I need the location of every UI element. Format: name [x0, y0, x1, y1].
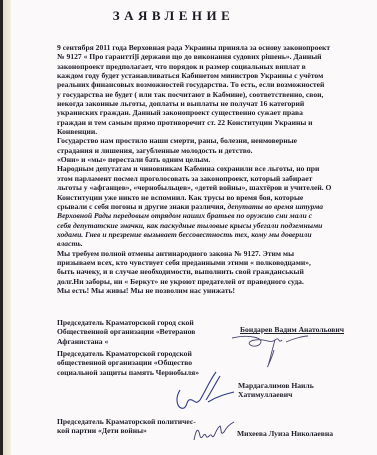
- body-line: этом парламент посмел проголосовать за з…: [57, 174, 367, 183]
- signature-2-name-line: Мардагалимов Наиль: [238, 381, 314, 390]
- document-page: ЗАЯВЛЕНИЕ 9 сентября 2011 года Верховная…: [0, 0, 377, 455]
- handwritten-signature-3-icon: [190, 418, 240, 448]
- body-line: 9 сентября 2011 года Верховная рада Укра…: [57, 43, 367, 52]
- signature-2-position-line: общественной организации «Общество: [57, 358, 199, 367]
- signature-1-position-line: Общественной организации «Ветеранов: [57, 327, 195, 336]
- body-line: власть.: [57, 239, 367, 248]
- body-line: у государства не будет ( или так посчита…: [57, 90, 367, 99]
- body-line: быть начеку, и в случае необходимости, в…: [57, 267, 367, 276]
- body-line: Верховной Рады передовым отрядом наших б…: [57, 211, 367, 220]
- body-line: каждом году будет устанавливаться Кабине…: [57, 71, 367, 80]
- body-line: себя депутатские значки, как паскудные т…: [57, 221, 367, 230]
- body-line-normal-part: срывали с себя погоны и другие знаки раз…: [57, 202, 227, 211]
- body-line: Конвенции.: [57, 127, 367, 136]
- signature-2-name: Мардагалимов Наиль Хатимуллаевич: [238, 381, 314, 400]
- body-line: № 9127 « Про гарантті]ї держави що до ви…: [57, 52, 367, 61]
- signature-1-position-line: Афганистана «: [57, 337, 195, 346]
- body-line: Государство нам простило наши смерти, ра…: [57, 136, 367, 145]
- body-line: ходами. Гнев и презрение вызывает бессов…: [57, 230, 367, 239]
- body-line: реальних финансовых возможностей государ…: [57, 80, 367, 89]
- body-line: льготы у «афганцев», «чернобыльцев», «де…: [57, 183, 367, 192]
- body-line: призываем всех, кто чувствует себя преда…: [57, 258, 367, 267]
- signature-3-position-line: Председатель Краматорской политичес-: [57, 417, 196, 426]
- signature-1-position: Председатель Краматорской город ской Общ…: [57, 318, 195, 346]
- body-line: некогда законные льготы, доплаты и выпла…: [57, 99, 367, 108]
- body-line: Мы есть! Мы живы! Мы не позволим нас уни…: [57, 286, 367, 295]
- signature-3-position: Председатель Краматорской политичес- кой…: [57, 417, 196, 436]
- signature-3-name-line: Михеева Луиза Николаевна: [237, 429, 333, 438]
- document-body: 9 сентября 2011 года Верховная рада Укра…: [57, 43, 367, 295]
- document-title: ЗАЯВЛЕНИЕ: [0, 8, 377, 24]
- body-line: страдания и лишения, загубленные молодос…: [57, 146, 367, 155]
- body-line: граждан и тем самым прямо противоречит с…: [57, 118, 367, 127]
- signature-2-position-line: Председатель Краматорской городской: [57, 349, 199, 358]
- body-line: долг.Ни заборы, ни « Беркут» не укроют п…: [57, 277, 367, 286]
- signature-2-name-line: Хатимуллаевич: [238, 390, 314, 399]
- body-line: Народным депутатам и чиновникам Кабмина …: [57, 164, 367, 173]
- handwritten-signature-1-icon: [230, 330, 310, 370]
- body-line: украинских граждан. Данный законопроект …: [57, 108, 367, 117]
- body-line: «Они» и «мы» перестали бать одним целым.: [57, 155, 367, 164]
- body-line: срывали с себя погоны и другие знаки раз…: [57, 202, 367, 211]
- body-line-italic-part: депутаты во время штурма: [227, 202, 323, 211]
- signature-1-position-line: Председатель Краматорской город ской: [57, 318, 195, 327]
- body-line: законопроект предполагает, что порядок и…: [57, 62, 367, 71]
- handwritten-signature-2-icon: [170, 370, 240, 415]
- document-title-text: ЗАЯВЛЕНИЕ: [113, 8, 235, 24]
- signature-3-position-line: кой партии «Дети войны»: [57, 426, 196, 435]
- signature-3-name: Михеева Луиза Николаевна: [237, 429, 333, 438]
- body-line: Мы требуем полной отмены антинародного з…: [57, 249, 367, 258]
- body-line: Конституции уже никто не вспомнил. Как т…: [57, 193, 367, 202]
